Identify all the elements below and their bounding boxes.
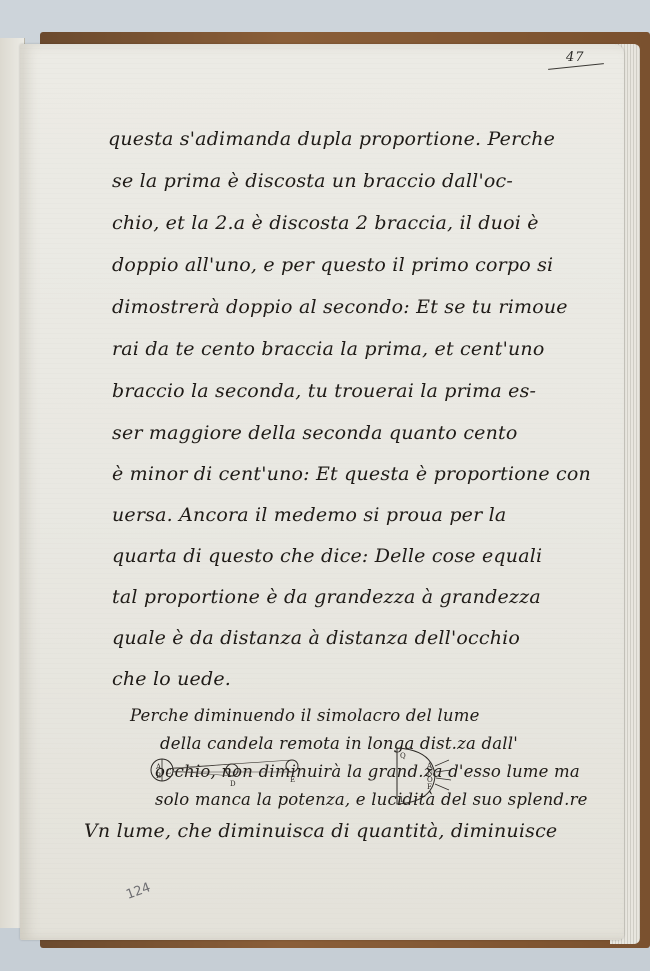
- paragraph-line: Perche diminuendo il simolacro del lume: [130, 706, 480, 725]
- text-line: ser maggiore della seconda quanto cento: [112, 422, 518, 444]
- lamp-diagram: Q L A N O F: [393, 744, 453, 808]
- eye-rays-diagram: A B C D E: [148, 752, 308, 788]
- text-line: tal proportione è da grandezza à grandez…: [112, 586, 541, 608]
- text-line: è minor di cent'uno: Et questa è proport…: [112, 463, 591, 485]
- svg-text:A: A: [155, 763, 162, 771]
- text-line: doppio all'uno, e per questo il primo co…: [112, 254, 553, 276]
- text-line: braccio la seconda, tu trouerai la prima…: [112, 380, 536, 402]
- svg-text:C: C: [166, 768, 171, 776]
- text-line: chio, et la 2.a è discosta 2 braccia, il…: [112, 212, 539, 234]
- svg-text:E: E: [290, 776, 295, 784]
- folio-number: 47: [566, 50, 585, 65]
- paragraph-line: solo manca la potenza, e lucidità del su…: [155, 790, 588, 809]
- text-line: questa s'adimanda dupla proportione. Per…: [108, 128, 555, 150]
- paragraph-line: della candela remota in longa dist.za da…: [160, 734, 518, 753]
- svg-text:Q: Q: [400, 752, 406, 760]
- text-line: rai da te cento braccia la prima, et cen…: [112, 338, 545, 360]
- text-line: dimostrerà doppio al secondo: Et se tu r…: [112, 296, 568, 318]
- svg-text:L: L: [400, 796, 405, 804]
- svg-text:B: B: [156, 772, 161, 780]
- text-line: se la prima è discosta un braccio dall'o…: [112, 170, 513, 192]
- text-line: uersa. Ancora il medemo si proua per la: [112, 504, 506, 526]
- svg-text:F: F: [427, 783, 432, 791]
- svg-text:D: D: [230, 780, 236, 788]
- text-line: quarta di questo che dice: Delle cose eq…: [112, 545, 542, 567]
- text-line: quale è da distanza à distanza dell'occh…: [112, 627, 520, 649]
- text-line: che lo uede.: [112, 668, 231, 690]
- final-text-line: Vn lume, che diminuisca di quantità, dim…: [84, 820, 557, 842]
